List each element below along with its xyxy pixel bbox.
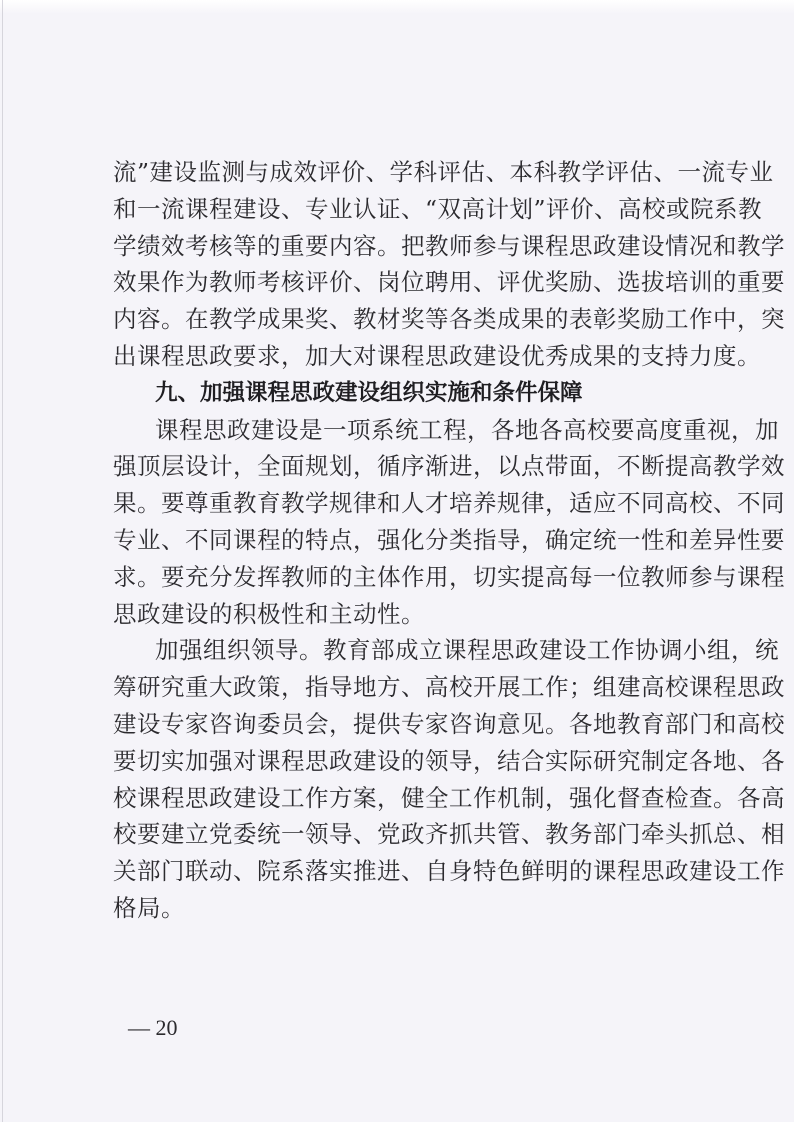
text-line: 内容。在教学成果奖、教材奖等各类成果的表彰奖励工作中，突 <box>113 301 701 338</box>
text-line: 课程思政建设是一项系统工程，各地各高校要高度重视，加 <box>113 412 701 449</box>
text-line: 格局。 <box>113 890 701 927</box>
text-line: 强顶层设计，全面规划，循序渐进，以点带面，不断提高教学效 <box>113 448 701 485</box>
text-line: 校要建立党委统一领导、党政齐抓共管、教务部门牵头抓总、相 <box>113 816 701 853</box>
text-line: 要切实加强对课程思政建设的领导，结合实际研究制定各地、各 <box>113 743 701 780</box>
page-top-shade <box>0 0 794 14</box>
text-line: 思政建设的积极性和主动性。 <box>113 596 701 633</box>
text-line: 流”建设监测与成效评价、学科评估、本科教学评估、一流专业 <box>113 154 701 191</box>
paragraph-evaluation: 流”建设监测与成效评价、学科评估、本科教学评估、一流专业 和一流课程建设、专业认… <box>113 154 701 375</box>
paragraph-organization-leadership: 加强组织领导。教育部成立课程思政建设工作协调小组，统 筹研究重大政策，指导地方、… <box>113 632 701 926</box>
section-heading: 九、加强课程思政建设组织实施和条件保障 <box>113 375 701 412</box>
text-line: 加强组织领导。教育部成立课程思政建设工作协调小组，统 <box>113 632 701 669</box>
text-line: 校课程思政建设工作方案，健全工作机制，强化督查检查。各高 <box>113 780 701 817</box>
page-left-edge <box>2 0 3 1122</box>
paragraph-system-engineering: 课程思政建设是一项系统工程，各地各高校要高度重视，加 强顶层设计，全面规划，循序… <box>113 412 701 633</box>
text-line: 和一流课程建设、专业认证、“双高计划”评价、高校或院系教 <box>113 191 701 228</box>
text-line: 建设专家咨询委员会，提供专家咨询意见。各地教育部门和高校 <box>113 706 701 743</box>
text-line: 专业、不同课程的特点，强化分类指导，确定统一性和差异性要 <box>113 522 701 559</box>
page-number: — 20 <box>128 1015 178 1041</box>
text-line: 学绩效考核等的重要内容。把教师参与课程思政建设情况和教学 <box>113 228 701 265</box>
text-line: 出课程思政要求，加大对课程思政建设优秀成果的支持力度。 <box>113 338 701 375</box>
document-body: 流”建设监测与成效评价、学科评估、本科教学评估、一流专业 和一流课程建设、专业认… <box>113 154 701 927</box>
text-line: 果。要尊重教育教学规律和人才培养规律，适应不同高校、不同 <box>113 485 701 522</box>
text-line: 求。要充分发挥教师的主体作用，切实提高每一位教师参与课程 <box>113 559 701 596</box>
text-line: 筹研究重大政策，指导地方、高校开展工作；组建高校课程思政 <box>113 669 701 706</box>
text-line: 效果作为教师考核评价、岗位聘用、评优奖励、选拔培训的重要 <box>113 264 701 301</box>
text-line: 关部门联动、院系落实推进、自身特色鲜明的课程思政建设工作 <box>113 853 701 890</box>
